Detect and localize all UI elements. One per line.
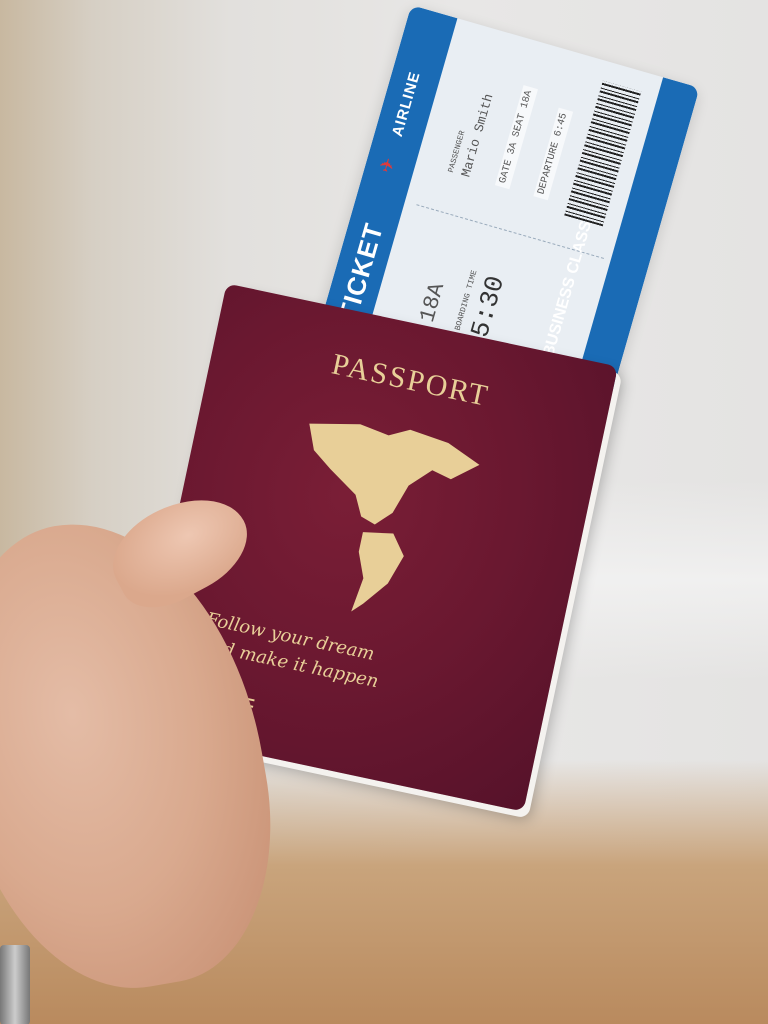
- departure-info: DEPARTURE 6:45: [533, 108, 573, 201]
- gate-label: GATE 3A: [498, 141, 520, 184]
- wristwatch: [0, 945, 30, 1024]
- departure-label: DEPARTURE: [536, 141, 561, 196]
- seat-line: SEAT 18A: [511, 89, 535, 138]
- departure-time: 6:45: [553, 112, 570, 138]
- americas-map-icon: [262, 402, 489, 637]
- seat-number: 18A: [415, 280, 450, 325]
- gate-info: GATE 3A SEAT 18A: [495, 85, 538, 189]
